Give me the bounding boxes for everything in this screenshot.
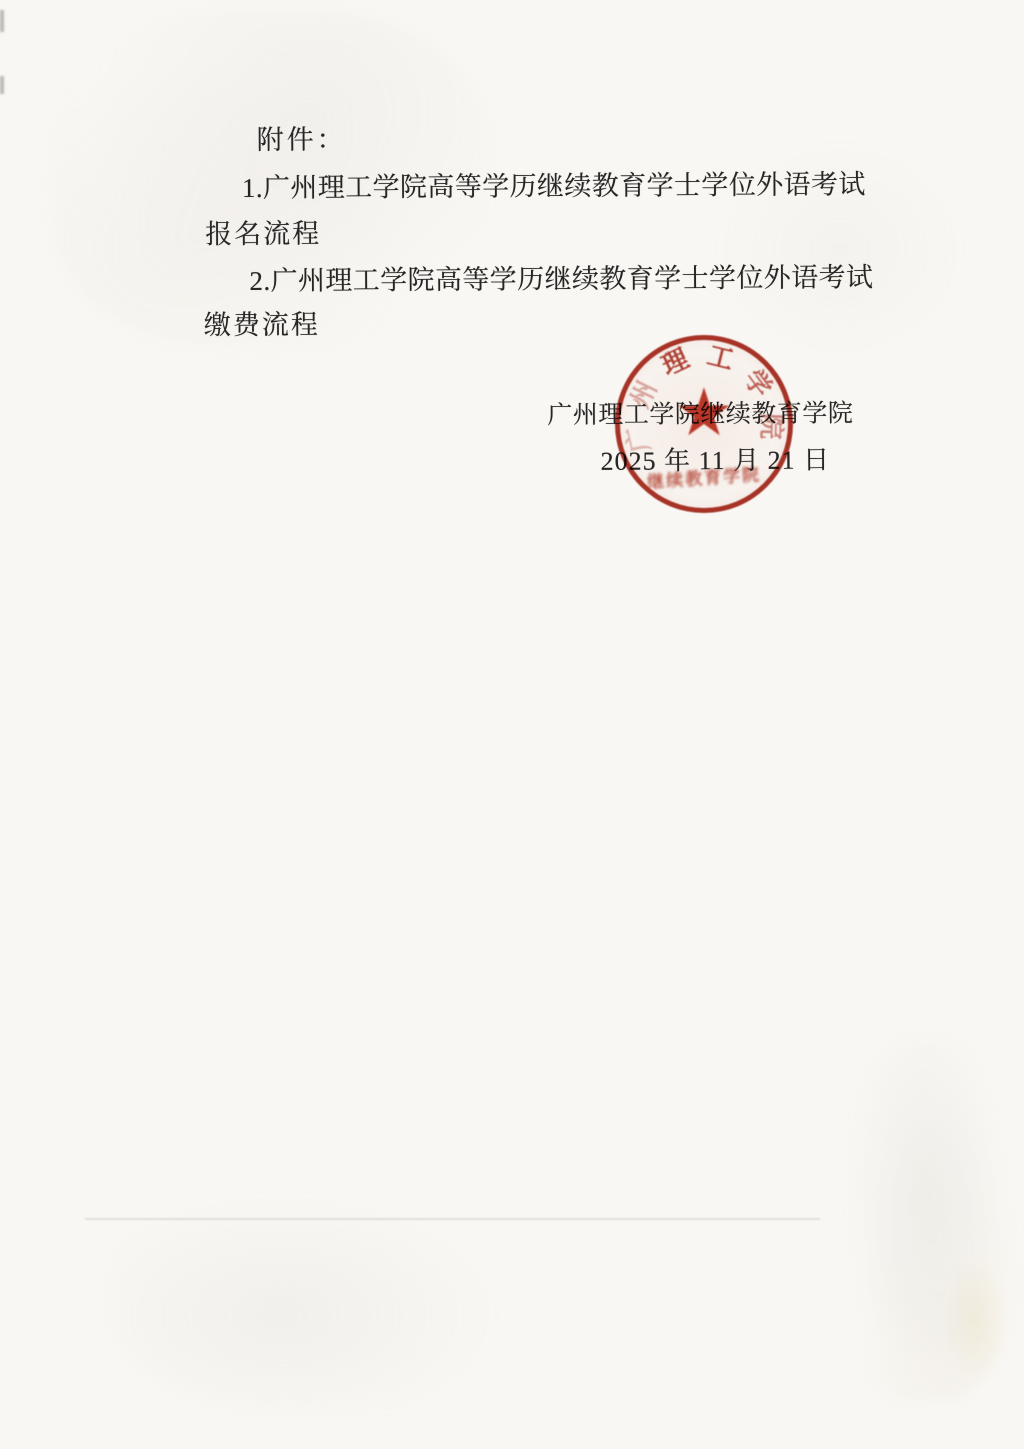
scanned-document-page: 附件： 1.广州理工学院高等学历继续教育学士学位外语考试 报名流程 2.广州理工…	[0, 0, 1024, 1449]
document-content: 附件： 1.广州理工学院高等学历继续教育学士学位外语考试 报名流程 2.广州理工…	[0, 0, 1024, 1449]
attachment-heading: 附件：	[256, 117, 346, 157]
attachment-item-1-line-1: 1.广州理工学院高等学历继续教育学士学位外语考试	[242, 162, 866, 205]
attachment-item-1-line-2: 报名流程	[205, 212, 321, 252]
attachment-item-2-line-1: 2.广州理工学院高等学历继续教育学士学位外语考试	[249, 255, 873, 298]
signature-date: 2025 年 11 月 21 日	[600, 439, 830, 477]
attachment-item-2-line-2: 缴费流程	[204, 303, 320, 343]
signature-organization: 广州理工学院继续教育学院	[547, 393, 853, 431]
